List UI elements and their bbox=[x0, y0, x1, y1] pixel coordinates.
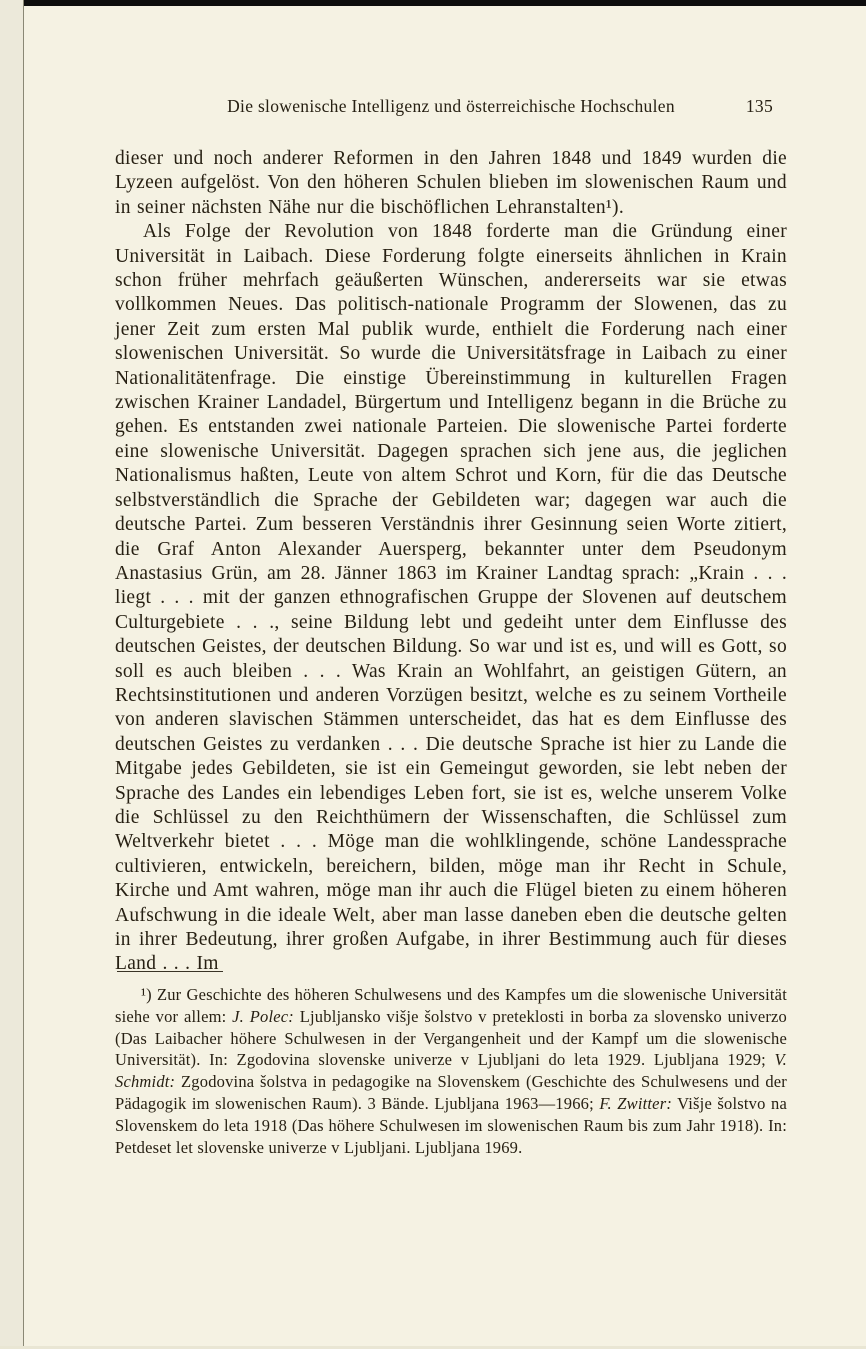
page-header: Die slowenische Intelligenz und österrei… bbox=[115, 96, 787, 120]
scan-edge-top-bar bbox=[10, 0, 866, 6]
body-paragraph-2: Als Folge der Revolution von 1848 forder… bbox=[115, 220, 787, 977]
footnote-author-zwitter: F. Zwitter: bbox=[599, 1094, 672, 1113]
running-title: Die slowenische Intelligenz und österrei… bbox=[227, 96, 675, 116]
footnote-separator-rule bbox=[117, 971, 223, 972]
scanned-book-page: { "page": { "header": { "title": "Die sl… bbox=[0, 0, 866, 1349]
body-paragraph-1: dieser und noch anderer Reformen in den … bbox=[115, 147, 787, 220]
page-number: 135 bbox=[746, 96, 773, 117]
footnote-author-polec: J. Polec: bbox=[232, 1007, 294, 1026]
footnote: ¹) Zur Geschichte des höheren Schulwesen… bbox=[115, 984, 787, 1158]
body-text-column: dieser und noch anderer Reformen in den … bbox=[115, 147, 787, 977]
book-gutter-strip bbox=[0, 0, 24, 1349]
